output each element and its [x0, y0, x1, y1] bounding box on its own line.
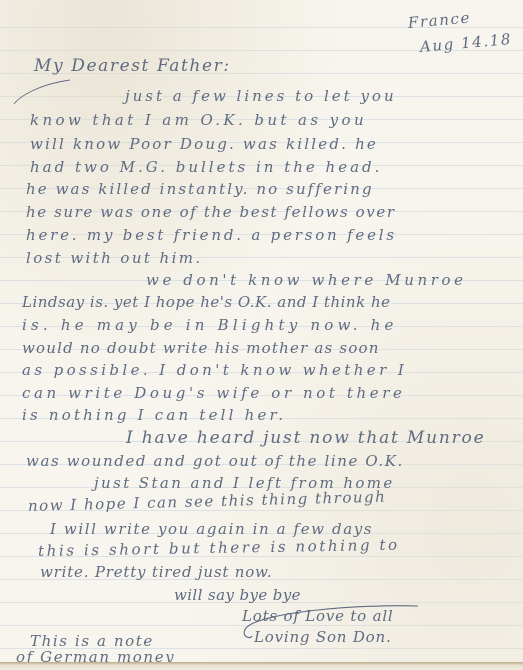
body-line: is nothing I can tell her. — [22, 406, 286, 424]
letter-page: France Aug 14.18 My Dearest Father: just… — [0, 0, 523, 662]
body-line: is. he may be in Blighty now. he — [22, 316, 398, 334]
body-line: he was killed instantly. no suffering — [26, 180, 374, 198]
paper-bottom-edge — [0, 662, 523, 670]
body-line: would no doubt write his mother as soon — [22, 339, 380, 357]
body-line: this is short but there is nothing to — [38, 536, 400, 560]
body-line: write. Pretty tired just now. — [40, 563, 272, 581]
body-line: know that I am O.K. but as you — [30, 111, 367, 129]
body-line: I have heard just now that Munroe — [126, 428, 485, 448]
closing-line: will say bye bye — [174, 586, 301, 604]
body-line: Lindsay is. yet I hope he's O.K. and I t… — [22, 293, 390, 311]
body-line: just a few lines to let you — [125, 87, 397, 105]
body-line: I will write you again in a few days — [50, 520, 373, 538]
body-line: he sure was one of the best fellows over — [26, 203, 396, 221]
body-line: we don't know where Munroe — [146, 271, 467, 289]
body-line: as possible. I don't know whether I — [22, 361, 407, 379]
body-line: here. my best friend. a person feels — [26, 226, 397, 244]
signature: Loving Son Don. — [254, 628, 392, 646]
body-line: had two M.G. bullets in the head. — [30, 158, 382, 176]
body-line: can write Doug's wife or not there — [22, 384, 405, 402]
closing-line: Lots of Love to all — [242, 607, 394, 625]
body-line: was wounded and got out of the line O.K. — [26, 452, 404, 470]
body-line: will know Poor Doug. was killed. he — [30, 135, 378, 153]
letter-salutation: My Dearest Father: — [34, 56, 231, 76]
body-line: lost with out him. — [26, 249, 203, 267]
body-line: now I hope I can see this thing through — [28, 488, 387, 515]
letter-date: Aug 14.18 — [419, 30, 512, 56]
letter-place: France — [407, 9, 471, 32]
